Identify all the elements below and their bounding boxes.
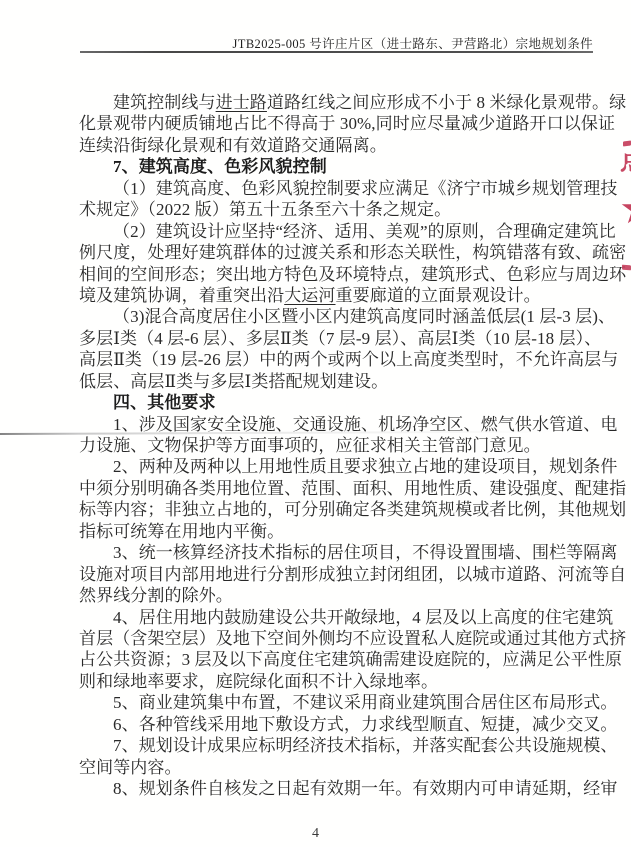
text-line: 建筑控制线与进士路道路红线之间应形成不小于 8 米绿化景观带。绿 [79,92,599,113]
text-line: 2、两种及两种以上用地性质且要求独立占地的建设项目，规划条件 [79,456,599,477]
text-segment: 7、规划设计成果应标明经济技术指标，并落实配套公共设施规模、 [113,736,618,755]
text-segment: 相间的空间形态；突出地方特色及环境特点，建筑形式、色彩应与周边环 [79,265,626,284]
text-line: 8、规划条件自核发之日起有效期一年。有效期内可申请延期，经审 [79,778,599,799]
underlined-name-text: 大运河 [284,286,335,305]
page-number: 4 [0,826,631,842]
text-line: 例尺度，处理好建筑群体的过渡关系和形态关联性，构筑错落有致、疏密 [79,242,599,263]
text-line: 7、规划设计成果应标明经济技术指标，并落实配套公共设施规模、 [79,735,599,756]
text-line: （1）建筑高度、色彩风貌控制要求应满足《济宁市城乡规划管理技 [79,178,599,199]
text-segment: 连续沿街绿化景观和有效道路交通隔离。 [79,136,387,155]
text-segment: 设施对项目内部用地进行分割形成独立封闭组团，以城市道路、河流等自 [79,565,626,584]
text-segment: 8、规划条件自核发之日起有效期一年。有效期内可申请延期，经审 [113,779,618,798]
text-segment: 5、商业建筑集中布置，不建议采用商业建筑围合居住区布局形式。 [113,693,618,712]
text-line: 3、统一核算经济技术指标的居住项目，不得设置围墙、围栏等隔离 [79,542,599,563]
text-line: 指标可统筹在用地内平衡。 [79,521,599,542]
text-line: 化景观带内硬质铺地占比不得高于 30%,同时应尽量减少道路开口以保证 [79,113,599,134]
page-header-title: JTB2025-005 号许庄片区（进士路东、尹营路北）宗地规划条件 [233,34,593,52]
underlined-name-text: 进士路 [216,93,267,112]
text-segment: 则和绿地率要求，庭院绿化面积不计入绿地率。 [79,672,438,691]
text-segment: 道路红线之间应形成不小于 8 米绿化景观带。绿 [267,93,626,112]
text-line: 标等内容；非独立占地的，可分别确定各类建筑规模或者比例，其他规划 [79,499,599,520]
text-line: （3)混合高度居住小区暨小区内建筑高度同时涵盖低层(1 层-3 层)、 [79,306,599,327]
document-body-text: 建筑控制线与进士路道路红线之间应形成不小于 8 米绿化景观带。绿化景观带内硬质铺… [79,92,599,799]
text-segment: 空间等内容。 [79,758,182,777]
text-line: 连续沿街绿化景观和有效道路交通隔离。 [79,135,599,156]
text-segment: 重要廊道的立面景观设计。 [336,286,541,305]
section-heading-line: 四、其他要求 [79,392,599,413]
section-heading-line: 7、建筑高度、色彩风貌控制 [79,156,599,177]
text-line: 4、居住用地内鼓励建设公共开敞绿地，4 层及以上高度的住宅建筑 [79,607,599,628]
text-segment: 2、两种及两种以上用地性质且要求独立占地的建设项目，规划条件 [113,457,618,476]
document-page: JTB2025-005 号许庄片区（进士路东、尹营路北）宗地规划条件 建筑控制线… [0,0,631,847]
text-line: 6、各种管线采用地下敷设方式，力求线型顺直、短捷，减少交叉。 [79,714,599,735]
text-segment: 化景观带内硬质铺地占比不得高于 30%,同时应尽量减少道路开口以保证 [79,114,615,133]
text-segment: 6、各种管线采用地下敷设方式，力求线型顺直、短捷，减少交叉。 [113,715,618,734]
text-line: 5、商业建筑集中布置，不建议采用商业建筑围合居住区布局形式。 [79,692,599,713]
text-segment: 4、居住用地内鼓励建设公共开敞绿地，4 层及以上高度的住宅建筑 [113,608,613,627]
text-segment: 多层Ⅰ类（4 层-6 层）、多层Ⅱ类（7 层-9 层）、高层Ⅰ类（10 层-18… [79,329,601,348]
text-segment: 四、其他要求 [113,393,216,412]
text-segment: 建筑控制线与 [113,93,216,112]
text-segment: （1）建筑高度、色彩风貌控制要求应满足《济宁市城乡规划管理技 [113,179,618,198]
text-line: 空间等内容。 [79,757,599,778]
text-segment: （3)混合高度居住小区暨小区内建筑高度同时涵盖低层(1 层-3 层)、 [113,307,615,326]
text-line: 力设施、文物保护等方面事项的，应征求相关主管部门意见。 [79,435,599,456]
text-line: 相间的空间形态；突出地方特色及环境特点，建筑形式、色彩应与周边环 [79,264,599,285]
text-segment: 境及建筑协调，着重突出沿 [79,286,284,305]
text-line: 术规定》（2022 版）第五十五条至六十条之规定。 [79,199,599,220]
text-line: 中须分别明确各类用地位置、范围、面积、用地性质、建设强度、配建指 [79,478,599,499]
text-line: 然界线分割的除外。 [79,585,599,606]
text-segment: 首层（含架空层）及地下空间外侧均不应设置私人庭院或通过其他方式挤 [79,629,626,648]
text-segment: 7、建筑高度、色彩风貌控制 [113,157,327,176]
seal-star-fragment-icon: ★ [619,192,631,230]
text-segment: 力设施、文物保护等方面事项的，应征求相关主管部门意见。 [79,436,541,455]
text-line: 高层Ⅱ类（19 层-26 层）中的两个或两个以上高度类型时，不允许高层与 [79,349,599,370]
text-line: 则和绿地率要求，庭院绿化面积不计入绿地率。 [79,671,599,692]
text-segment: 指标可统筹在用地内平衡。 [79,522,284,541]
text-segment: 低层、高层Ⅱ类与多层Ⅰ类搭配规划建设。 [79,372,388,391]
text-line: 首层（含架空层）及地下空间外侧均不应设置私人庭院或通过其他方式挤 [79,628,599,649]
text-line: （2）建筑设计应坚持“经济、适用、美观”的原则，合理确定建筑比 [79,221,599,242]
header-rule-line [80,51,593,53]
seal-character-fragment-icon: 点 [620,146,631,176]
text-segment: 标等内容；非独立占地的，可分别确定各类建筑规模或者比例，其他规划 [79,500,626,519]
text-line: 设施对项目内部用地进行分割形成独立封闭组团，以城市道路、河流等自 [79,564,599,585]
text-segment: 术规定》（2022 版）第五十五条至六十条之规定。 [79,200,451,219]
text-line: 境及建筑协调，着重突出沿大运河重要廊道的立面景观设计。 [79,285,599,306]
text-segment: 然界线分割的除外。 [79,586,233,605]
text-segment: 3、统一核算经济技术指标的居住项目，不得设置围墙、围栏等隔离 [113,543,618,562]
text-line: 低层、高层Ⅱ类与多层Ⅰ类搭配规划建设。 [79,371,599,392]
text-segment: 中须分别明确各类用地位置、范围、面积、用地性质、建设强度、配建指 [79,479,626,498]
text-segment: （2）建筑设计应坚持“经济、适用、美观”的原则，合理确定建筑比 [113,222,616,241]
text-line: 占公共资源；3 层及以下高度住宅建筑确需建设庭院的，应满足公平性原 [79,649,599,670]
text-segment: 高层Ⅱ类（19 层-26 层）中的两个或两个以上高度类型时，不允许高层与 [79,350,618,369]
seal-ring-arc-bottom-icon [622,265,631,271]
text-segment: 例尺度，处理好建筑群体的过渡关系和形态关联性，构筑错落有致、疏密 [79,243,626,262]
text-segment: 占公共资源；3 层及以下高度住宅建筑确需建设庭院的，应满足公平性原 [79,650,622,669]
text-line: 多层Ⅰ类（4 层-6 层）、多层Ⅱ类（7 层-9 层）、高层Ⅰ类（10 层-18… [79,328,599,349]
